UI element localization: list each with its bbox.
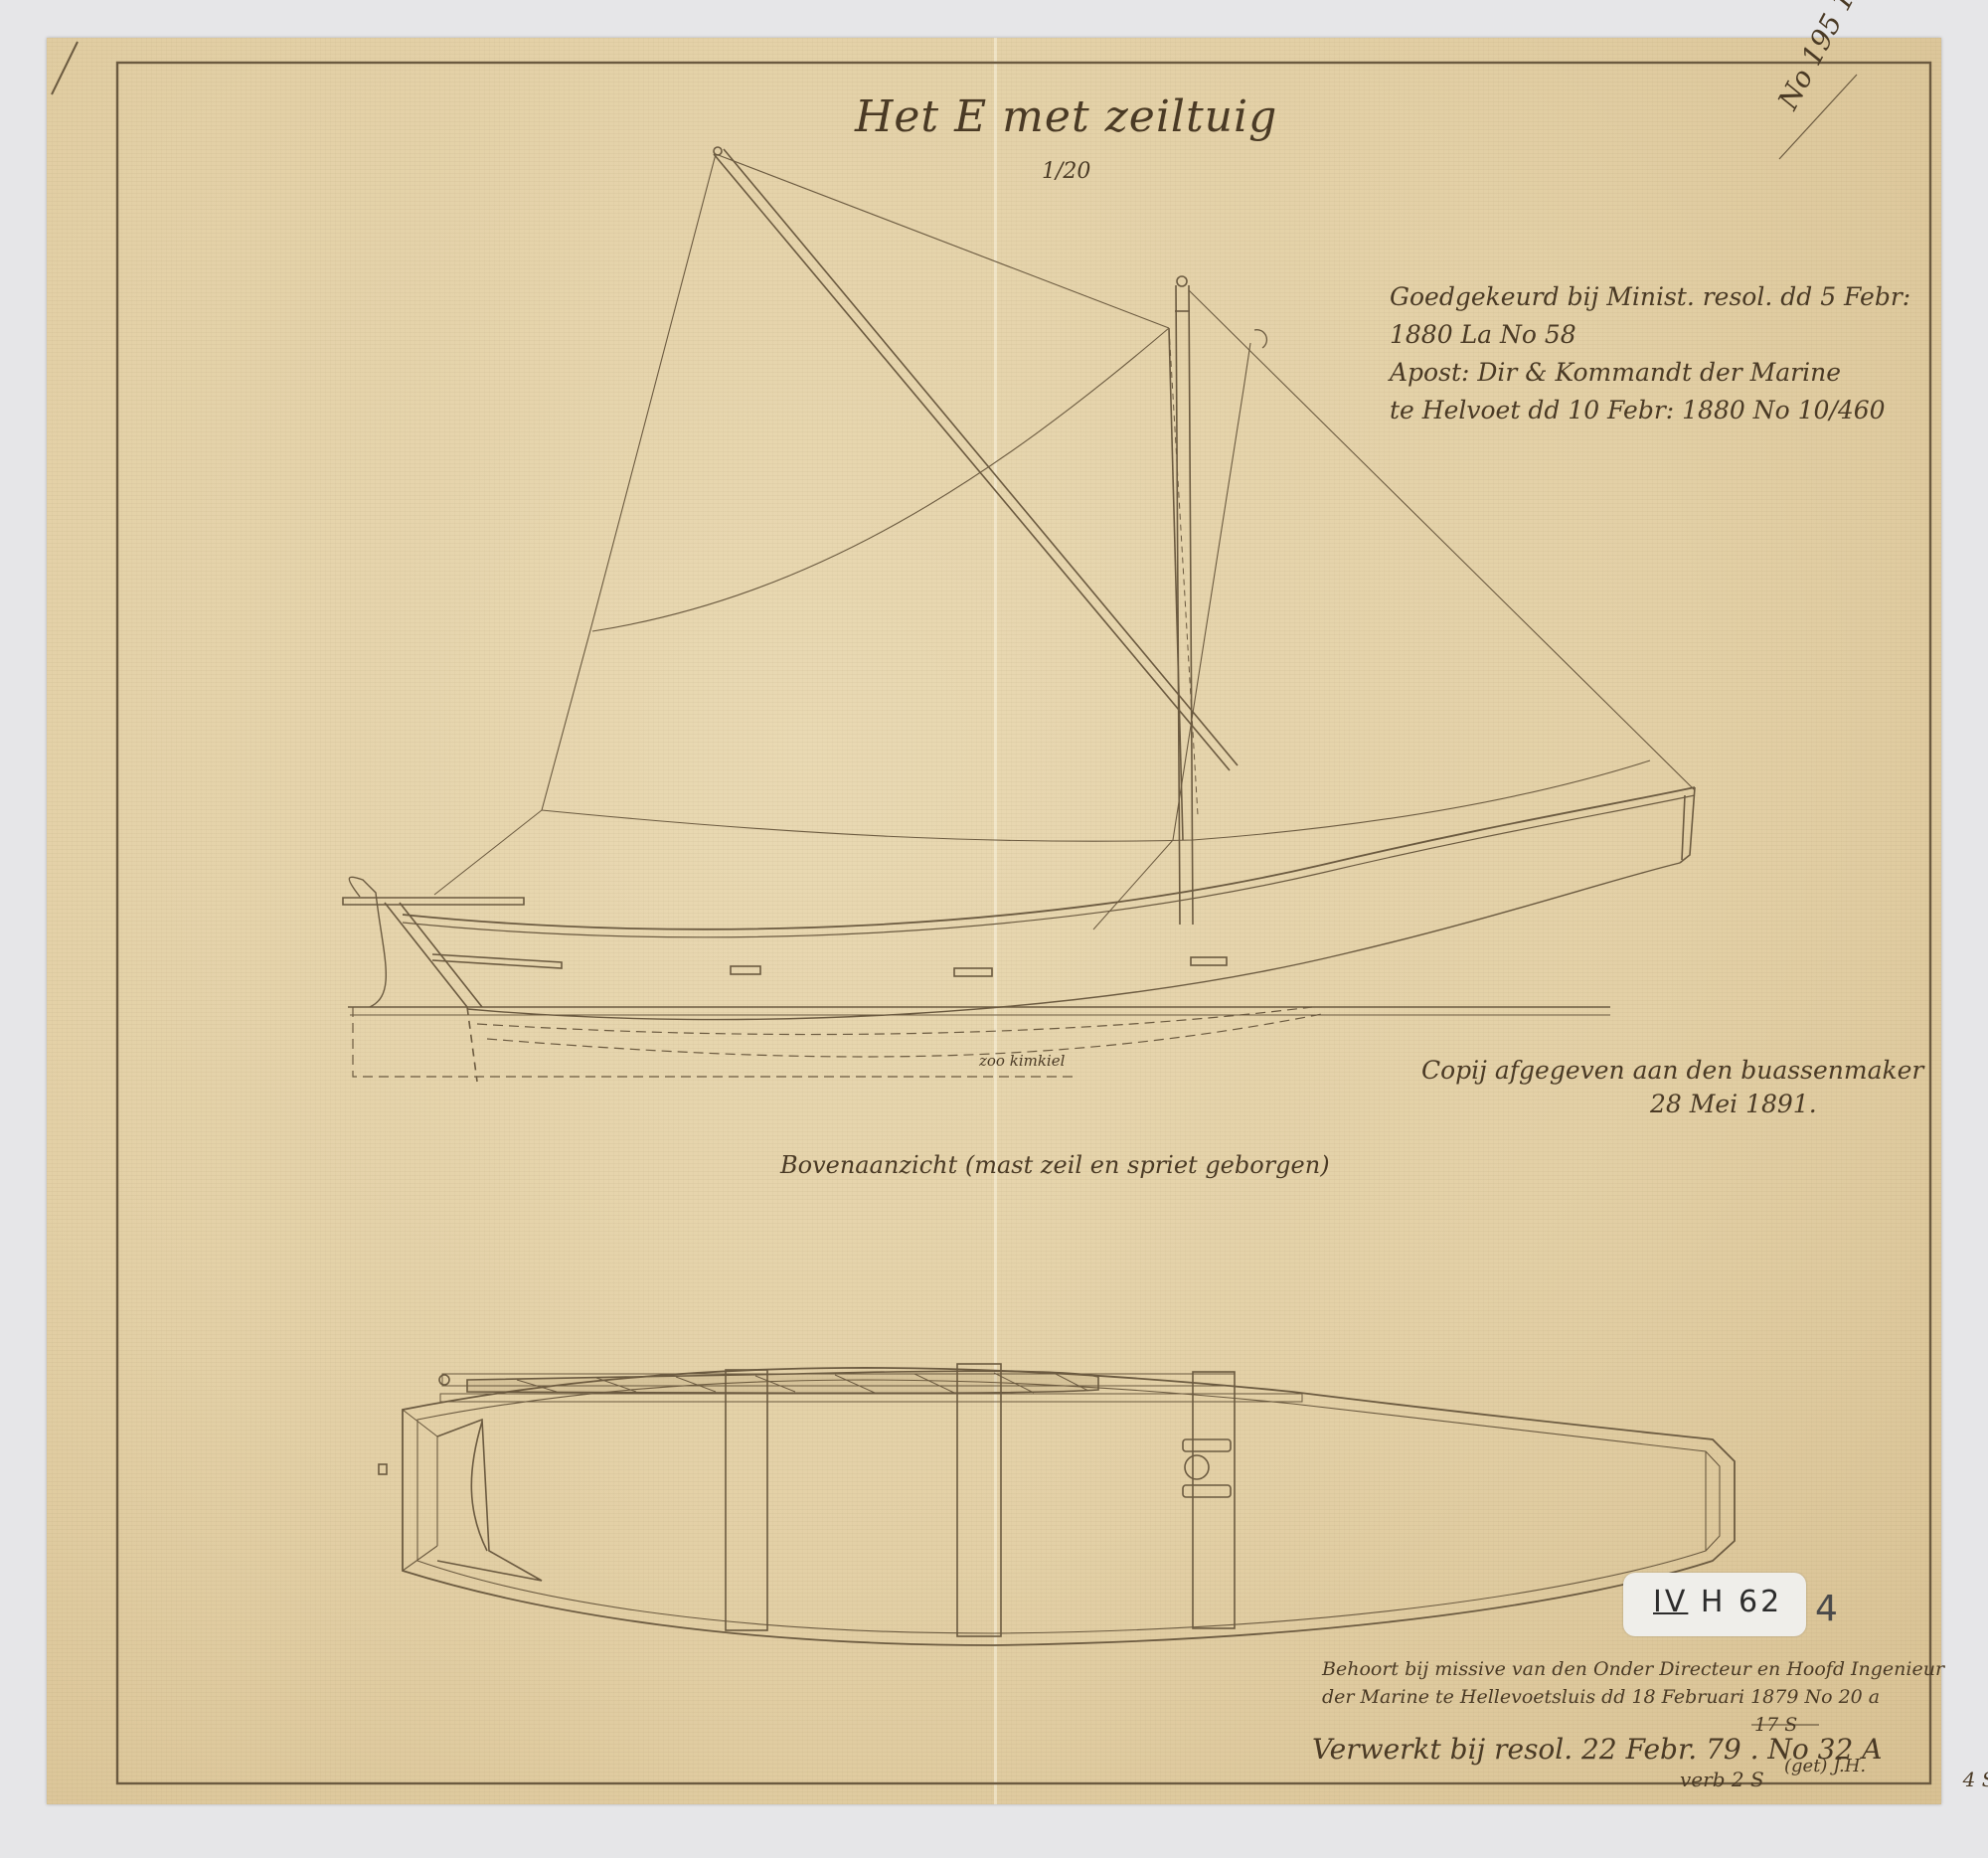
signature: (get) J.H.: [1784, 1756, 1866, 1776]
behoort-line-1: Behoort bij missive van den Onder Direct…: [1322, 1655, 1944, 1683]
sheet-number: 4: [1815, 1589, 1838, 1629]
copy-line-1: Copij afgegeven aan den buassenmaker: [1421, 1054, 1923, 1088]
approval-line-1: Goedgekeurd bij Minist. resol. dd 5 Febr…: [1390, 278, 1910, 316]
verwerkt-note: Verwerkt bij resol. 22 Febr. 79 . No 32 …: [1312, 1735, 1988, 1794]
drawing-title: Het E met zeiltuig: [855, 91, 1277, 142]
behoort-ref-numerator: 20 a: [1839, 1686, 1881, 1708]
behoort-note: Behoort bij missive van den Onder Direct…: [1322, 1655, 1944, 1739]
keel-label: zoo kimkiel: [979, 1052, 1065, 1070]
verwerkt-line-1: Verwerkt bij resol. 22 Febr. 79 . No 32 …: [1312, 1735, 1988, 1765]
archive-label-roman: IV: [1653, 1585, 1688, 1619]
approval-line-2: 1880 La No 58: [1390, 316, 1910, 354]
behoort-line-2: der Marine te Hellevoetsluis dd 18 Febru…: [1322, 1686, 1833, 1708]
copy-line-2: 28 Mei 1891.: [1421, 1088, 1923, 1121]
approval-note: Goedgekeurd bij Minist. resol. dd 5 Febr…: [1390, 278, 1910, 429]
approval-line-3: Apost: Dir & Kommandt der Marine: [1390, 354, 1910, 392]
verwerkt-line-2: verb 2 S: [1680, 1768, 1764, 1791]
archive-label: IV H 62: [1623, 1573, 1806, 1636]
top-view-caption: Bovenaanzicht (mast zeil en spriet gebor…: [780, 1151, 1330, 1179]
scale-label: 1/20: [1042, 159, 1090, 184]
copy-note: Copij afgegeven aan den buassenmaker 28 …: [1421, 1054, 1923, 1121]
approval-line-4: te Helvoet dd 10 Febr: 1880 No 10/460: [1390, 392, 1910, 429]
archive-label-text: IV H 62: [1653, 1585, 1782, 1619]
top-view: [379, 1364, 1735, 1645]
archive-label-code: H 62: [1701, 1585, 1782, 1619]
